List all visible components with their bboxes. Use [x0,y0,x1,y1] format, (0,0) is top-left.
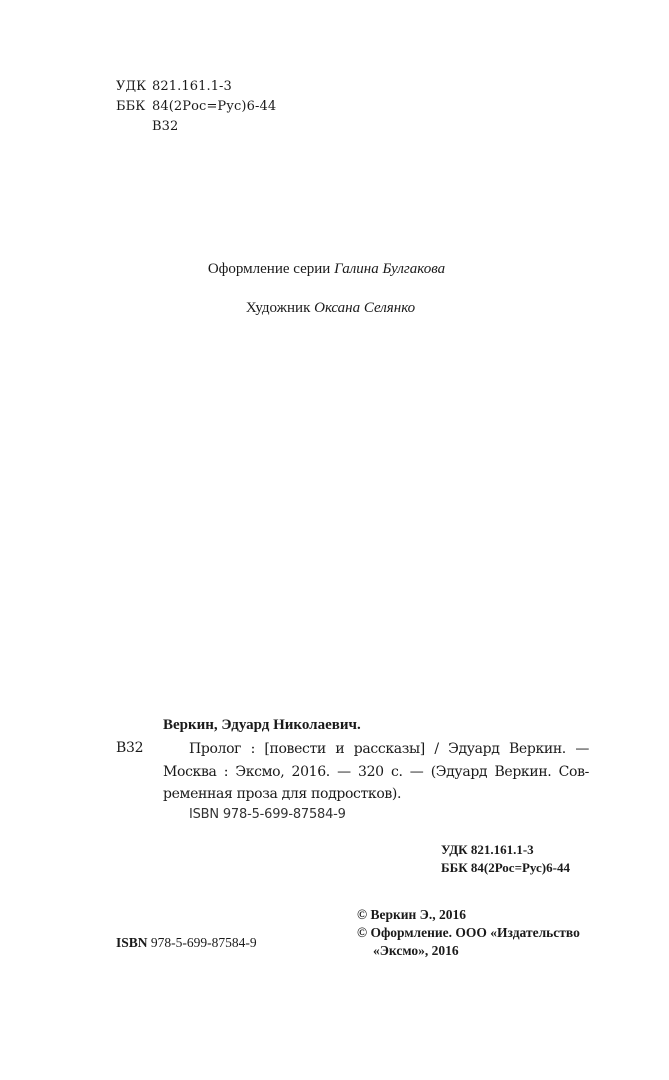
catalog-author-heading: Веркин, Эдуард Николаевич. [163,717,361,734]
udk-line: УДК 821.161.1-3 [441,841,570,859]
catalog-description-line: Москва : Эксмо, 2016. — 320 с. — (Эдуард… [163,761,589,784]
copyright-author: © Веркин Э., 2016 [357,906,580,924]
classification-top: УДК 821.161.1-3 ББК 84(2Рос=Рус)6-44 В32 [116,77,276,137]
isbn-bottom: ISBN 978-5-699-87584-9 [116,935,257,951]
udk-value: 821.161.1-3 [152,77,232,97]
bbk-row: ББК 84(2Рос=Рус)6-44 [116,97,276,117]
author-mark-row: В32 [116,117,276,137]
credit-person: Галина Булгакова [334,261,445,277]
bbk-value: 84(2Рос=Рус)6-44 [152,97,276,117]
catalog-description: Пролог : [повести и рассказы] / Эдуард В… [163,738,589,806]
udk-label: УДК [116,77,152,97]
credit-series-design: Оформление серии Галина Булгакова [0,261,661,278]
credit-person: Оксана Селянко [314,300,415,316]
catalog-description-line: Пролог : [повести и рассказы] / Эдуард В… [163,738,589,761]
bbk-line: ББК 84(2Рос=Рус)6-44 [441,859,570,877]
copyright-design-continuation: «Эксмо», 2016 [357,942,580,960]
author-mark: В32 [152,117,178,137]
classification-bottom: УДК 821.161.1-3 ББК 84(2Рос=Рус)6-44 [441,841,570,877]
copyright-design: © Оформление. ООО «Издательство [357,924,580,942]
isbn-label: ISBN [116,935,148,950]
credit-role: Художник [246,300,311,316]
copyright-block: © Веркин Э., 2016 © Оформление. ООО «Изд… [357,906,580,960]
bbk-label: ББК [116,97,152,117]
catalog-isbn: ISBN 978-5-699-87584-9 [189,807,346,822]
udk-row: УДК 821.161.1-3 [116,77,276,97]
isbn-value: 978-5-699-87584-9 [151,935,257,950]
credit-artist: Художник Оксана Селянко [0,300,665,317]
credit-role: Оформление серии [208,261,330,277]
catalog-description-line: ременная проза для подростков). [163,783,589,806]
catalog-author-mark: В32 [116,740,143,756]
